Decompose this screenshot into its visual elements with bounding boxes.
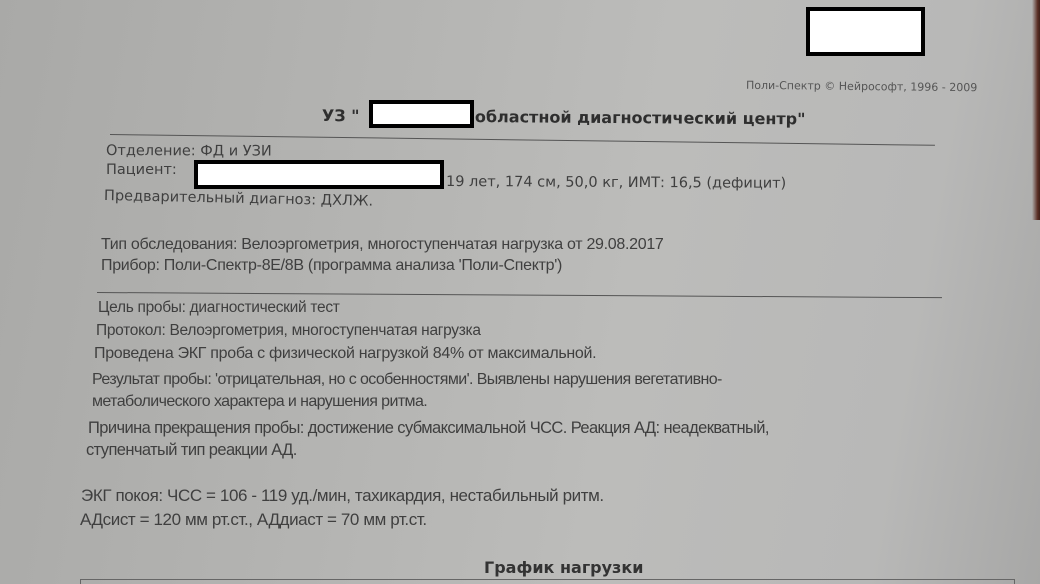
rest-ecg-line: ЭКГ покоя: ЧСС = 106 - 119 уд./мин, тахи… xyxy=(81,486,604,506)
page-edge-shadow xyxy=(1032,0,1040,220)
protocol-line: Протокол: Велоэргометрия, многоступенчат… xyxy=(96,322,481,340)
patient-details: 19 лет, 174 см, 50,0 кг, ИМТ: 16,5 (дефи… xyxy=(446,174,786,192)
institution-prefix: УЗ " xyxy=(322,106,360,125)
redaction-box-institution xyxy=(369,100,474,128)
blood-pressure-line: АДсист = 120 мм рт.ст., АДдиаст = 70 мм … xyxy=(80,510,427,530)
load-chart-title: График нагрузки xyxy=(484,558,643,577)
copyright-notice: Поли-Спектр © Нейрософт, 1996 - 2009 xyxy=(746,79,977,94)
divider-middle xyxy=(97,292,942,298)
redaction-box-header xyxy=(806,7,925,56)
exam-type: Тип обследования: Велоэргометрия, многос… xyxy=(101,236,664,254)
device-line: Прибор: Поли-Спектр-8Е/8В (программа ана… xyxy=(101,257,562,275)
load-chart-frame xyxy=(80,579,1015,584)
redaction-box-patient-name xyxy=(194,160,444,189)
patient-label: Пациент: xyxy=(106,162,177,178)
institution-suffix: областной диагностический центр" xyxy=(475,107,806,128)
stop-reason-line-1: Причина прекращения пробы: достижение су… xyxy=(88,419,769,438)
test-goal: Цель пробы: диагностический тест xyxy=(98,299,340,317)
stop-reason-line-2: ступенчатый тип реакции АД. xyxy=(86,441,297,460)
preliminary-diagnosis: Предварительный диагноз: ДХЛЖ. xyxy=(104,188,373,210)
department-line: Отделение: ФД и УЗИ xyxy=(106,143,272,160)
load-performed: Проведена ЭКГ проба с физической нагрузк… xyxy=(94,345,596,363)
test-result-line-2: метаболического характера и нарушения ри… xyxy=(92,393,427,411)
test-result-line-1: Результат пробы: 'отрицательная, но с ос… xyxy=(92,371,722,389)
